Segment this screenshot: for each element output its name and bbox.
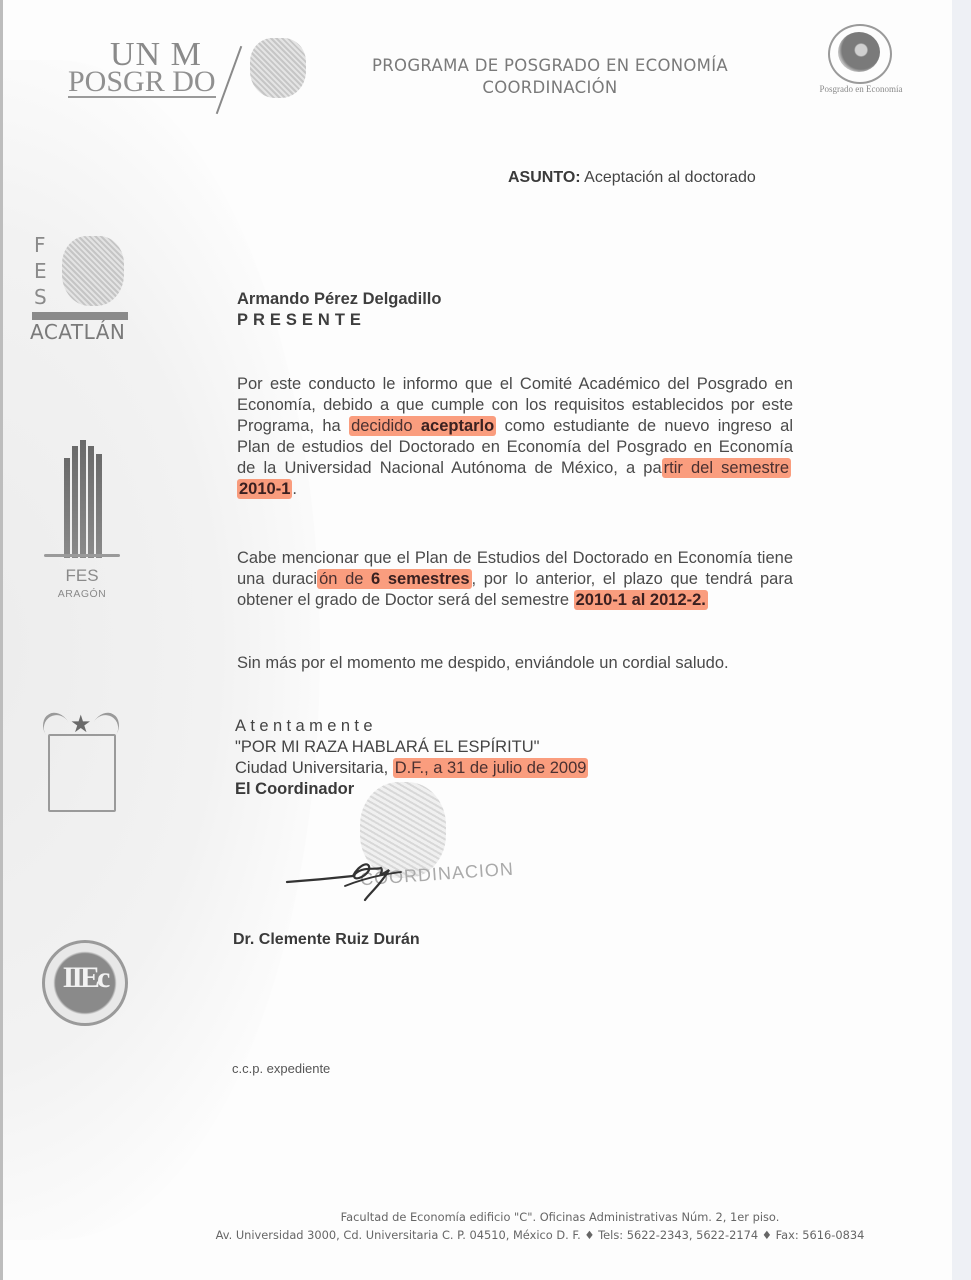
shield-icon bbox=[48, 734, 116, 812]
fes-letter-s: S bbox=[34, 284, 47, 310]
program-title: PROGRAMA DE POSGRADO EN ECONOMÍA COORDIN… bbox=[330, 55, 770, 99]
footer-line-2: Av. Universidad 3000, Cd. Universitaria … bbox=[150, 1226, 930, 1244]
closing-motto: "POR MI RAZA HABLARÁ EL ESPÍRITU" bbox=[235, 737, 588, 758]
scan-margin-strip bbox=[952, 0, 971, 1280]
fes-letter-e: E bbox=[34, 258, 47, 284]
tower-icon bbox=[80, 440, 86, 558]
unam-bar bbox=[32, 312, 128, 320]
subject-label: ASUNTO: bbox=[508, 169, 581, 186]
paragraph-acceptance: Por este conducto le informo que el Comi… bbox=[237, 374, 793, 500]
tower-icon bbox=[64, 458, 70, 558]
program-subtitle: COORDINACIÓN bbox=[330, 77, 770, 99]
facultad-economia-emblem: ★ bbox=[42, 708, 122, 812]
highlight-accepted: decidido aceptarlo bbox=[349, 416, 496, 436]
addressee-name: Armando Pérez Delgadillo bbox=[237, 289, 441, 310]
fes-aragon-logo: FES ARAGÓN bbox=[44, 438, 124, 608]
closing-attentively: Atentamente bbox=[235, 716, 588, 737]
closing-place: Ciudad Universitaria, bbox=[235, 759, 393, 777]
econ-logo-caption: Posgrado en Economía bbox=[796, 84, 926, 94]
addressee: Armando Pérez Delgadillo PRESENTE bbox=[237, 289, 441, 331]
fes-letters: F E S bbox=[34, 232, 47, 310]
aragon-name: ARAGÓN bbox=[44, 588, 120, 600]
addressee-salutation: PRESENTE bbox=[237, 310, 441, 331]
posgrado-economia-logo: Posgrado en Economía bbox=[796, 22, 926, 102]
signature-icon bbox=[285, 856, 425, 906]
hl-bold-text: 6 semestres bbox=[371, 570, 469, 588]
ccp-note: c.c.p. expediente bbox=[232, 1061, 330, 1076]
highlight-duration: ón de 6 semestres bbox=[317, 569, 471, 589]
acatlan-crest-icon bbox=[62, 236, 124, 306]
subject-value: Aceptación al doctorado bbox=[584, 169, 756, 186]
paragraph-duration: Cabe mencionar que el Plan de Estudios d… bbox=[237, 548, 793, 611]
footer-line-1: Facultad de Economía edificio "C". Ofici… bbox=[150, 1208, 930, 1226]
aragon-fes-text: FES bbox=[44, 566, 120, 586]
letter-page: UN M POSGR DO PROGRAMA DE POSGRADO EN EC… bbox=[0, 0, 952, 1280]
unam-logo-bottom-text: POSGR DO bbox=[68, 68, 216, 98]
fes-letter-f: F bbox=[34, 232, 47, 258]
program-name: PROGRAMA DE POSGRADO EN ECONOMÍA bbox=[330, 55, 770, 77]
hl-text: rtir del semestre bbox=[664, 459, 789, 477]
iiec-initials: IIEc bbox=[59, 961, 111, 995]
highlight-date: D.F., a 31 de julio de 2009 bbox=[393, 758, 589, 778]
letterhead-footer: Facultad de Economía edificio "C". Ofici… bbox=[150, 1208, 930, 1244]
swirl-icon bbox=[838, 32, 880, 72]
unam-crest-icon bbox=[250, 38, 306, 98]
signer-name: Dr. Clemente Ruiz Durán bbox=[233, 931, 420, 949]
aragon-base-line bbox=[44, 554, 120, 557]
closing-place-date: Ciudad Universitaria, D.F., a 31 de juli… bbox=[235, 758, 588, 779]
hl-text: ón de bbox=[319, 570, 371, 588]
highlight-period: 2010-1 al 2012-2. bbox=[574, 590, 708, 610]
paragraph-farewell: Sin más por el momento me despido, enviá… bbox=[237, 653, 793, 674]
acatlan-name: ACATLÁN bbox=[30, 320, 125, 344]
iiec-seal-icon: IIEc bbox=[42, 940, 128, 1026]
subject-line: ASUNTO: Aceptación al doctorado bbox=[508, 169, 756, 187]
tower-icon bbox=[72, 446, 78, 558]
tower-icon bbox=[96, 454, 102, 558]
hl-text: decidido bbox=[351, 417, 421, 435]
p1-text: . bbox=[292, 480, 297, 498]
hl-bold-text: 2010-1 bbox=[239, 480, 290, 498]
unam-logo-slash bbox=[216, 46, 243, 114]
tower-icon bbox=[88, 446, 94, 558]
unam-posgrado-logo: UN M POSGR DO bbox=[68, 36, 308, 106]
scan-edge bbox=[0, 0, 3, 1280]
fes-acatlan-logo: F E S ACATLÁN bbox=[30, 232, 140, 347]
hl-bold-text: aceptarlo bbox=[421, 417, 494, 435]
